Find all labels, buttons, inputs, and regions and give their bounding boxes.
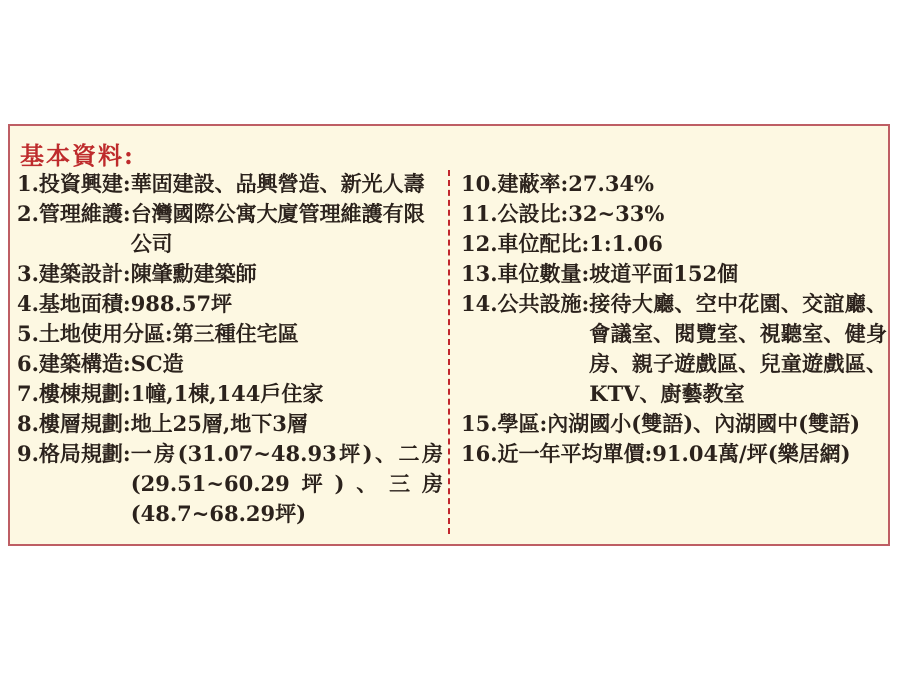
item-label: 6.建築構造: — [17, 349, 131, 379]
left-column: 1.投資興建:華固建設、品興營造、新光人壽 2.管理維護:台灣國際公寓大廈管理維… — [17, 169, 443, 529]
item-value: 1:1.06 — [589, 229, 887, 259]
item-value: 接待大廳、空中花園、交誼廳、會議室、閱覽室、視聽室、健身房、親子遊戲區、兒童遊戲… — [589, 289, 887, 409]
info-item-school-district: 15.學區:內湖國小(雙語)、內湖國中(雙語) — [461, 409, 887, 439]
info-item-coverage-ratio: 10.建蔽率:27.34% — [461, 169, 887, 199]
item-value: 32~33% — [568, 199, 887, 229]
item-label: 11.公設比: — [461, 199, 568, 229]
item-label: 4.基地面積: — [17, 289, 131, 319]
item-label: 7.樓棟規劃: — [17, 379, 131, 409]
slide-page: 基本資料: 1.投資興建:華固建設、品興營造、新光人壽 2.管理維護:台灣國際公… — [0, 0, 900, 675]
info-item-parking-ratio: 12.車位配比:1:1.06 — [461, 229, 887, 259]
item-label: 13.車位數量: — [461, 259, 589, 289]
right-column: 10.建蔽率:27.34% 11.公設比:32~33% 12.車位配比:1:1.… — [461, 169, 887, 469]
item-label: 2.管理維護: — [17, 199, 131, 229]
info-item-parking-count: 13.車位數量:坡道平面152個 — [461, 259, 887, 289]
info-item-avg-price: 16.近一年平均單價:91.04萬/坪(樂居網) — [461, 439, 887, 469]
item-label: 1.投資興建: — [17, 169, 131, 199]
info-item-layouts: 9.格局規劃:一房(31.07~48.93坪)、二房(29.51~60.29坪)… — [17, 439, 443, 529]
item-value: 1幢,1棟,144戶住家 — [131, 379, 443, 409]
info-item-architect: 3.建築設計:陳肇勳建築師 — [17, 259, 443, 289]
item-label: 12.車位配比: — [461, 229, 589, 259]
item-label: 8.樓層規劃: — [17, 409, 131, 439]
item-label: 3.建築設計: — [17, 259, 131, 289]
column-divider — [448, 170, 450, 534]
item-value: 陳肇勳建築師 — [131, 259, 443, 289]
item-label: 15.學區: — [461, 409, 547, 439]
item-label: 5.土地使用分區: — [17, 319, 173, 349]
item-label: 10.建蔽率: — [461, 169, 568, 199]
item-label: 16.近一年平均單價: — [461, 439, 652, 469]
item-value: 華固建設、品興營造、新光人壽 — [131, 169, 443, 199]
item-value: 一房(31.07~48.93坪)、二房(29.51~60.29坪)、三房(48.… — [131, 439, 443, 529]
info-item-investment: 1.投資興建:華固建設、品興營造、新光人壽 — [17, 169, 443, 199]
info-item-public-ratio: 11.公設比:32~33% — [461, 199, 887, 229]
item-value: 台灣國際公寓大廈管理維護有限公司 — [131, 199, 443, 259]
item-value: 988.57坪 — [131, 289, 443, 319]
item-label: 14.公共設施: — [461, 289, 589, 319]
item-value: 地上25層,地下3層 — [131, 409, 443, 439]
info-item-zoning: 5.土地使用分區:第三種住宅區 — [17, 319, 443, 349]
item-label: 9.格局規劃: — [17, 439, 131, 469]
panel-title: 基本資料: — [20, 136, 135, 171]
item-value: 內湖國小(雙語)、內湖國中(雙語) — [547, 409, 887, 439]
info-item-buildings: 7.樓棟規劃:1幢,1棟,144戶住家 — [17, 379, 443, 409]
item-value: SC造 — [131, 349, 443, 379]
basic-info-panel: 基本資料: 1.投資興建:華固建設、品興營造、新光人壽 2.管理維護:台灣國際公… — [8, 124, 890, 546]
item-value: 坡道平面152個 — [589, 259, 887, 289]
info-item-site-area: 4.基地面積:988.57坪 — [17, 289, 443, 319]
info-item-management: 2.管理維護:台灣國際公寓大廈管理維護有限公司 — [17, 199, 443, 259]
info-item-floors: 8.樓層規劃:地上25層,地下3層 — [17, 409, 443, 439]
item-value: 91.04萬/坪(樂居網) — [652, 439, 887, 469]
info-item-structure: 6.建築構造:SC造 — [17, 349, 443, 379]
item-value: 27.34% — [568, 169, 887, 199]
item-value: 第三種住宅區 — [173, 319, 443, 349]
info-item-public-facilities: 14.公共設施:接待大廳、空中花園、交誼廳、會議室、閱覽室、視聽室、健身房、親子… — [461, 289, 887, 409]
